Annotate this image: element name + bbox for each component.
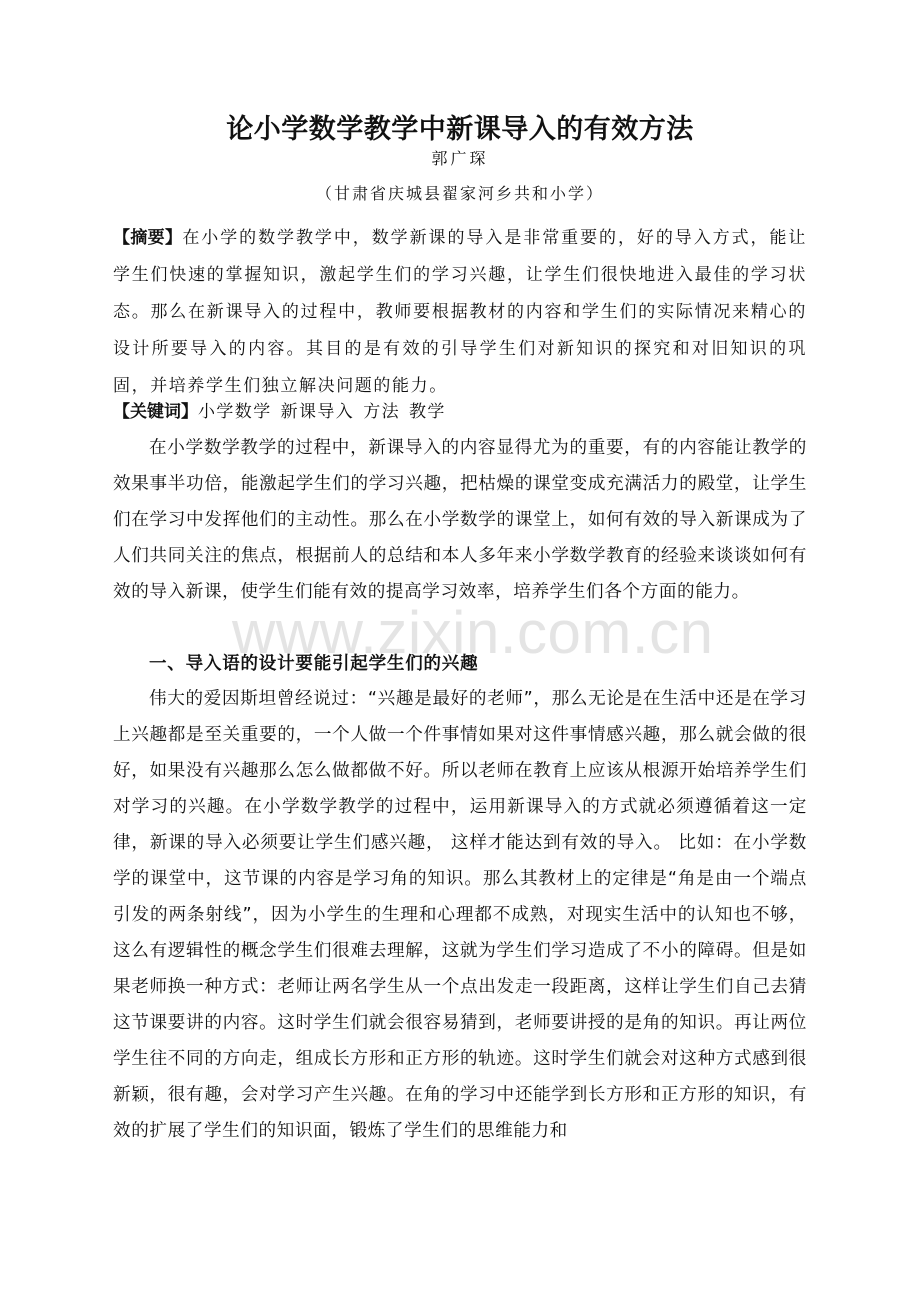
keywords-label: 【关键词】 xyxy=(113,402,198,422)
author-affiliation: （甘肃省庆城县翟家河乡共和小学） xyxy=(0,183,920,205)
body-paragraph: 在小学数学教学的过程中，新课导入的内容显得尤为的重要，有的内容能让教学的效果事半… xyxy=(113,430,807,610)
body-paragraph: 伟大的爱因斯坦曾经说过：“兴趣是最好的老师”，那么无论是在生活中还是在学习上兴趣… xyxy=(113,681,807,1149)
keywords: 【关键词】小学数学新课导入方法教学 xyxy=(113,397,807,427)
abstract-text: 在小学的数学教学中，数学新课的导入是非常重要的，好的导入方式，能让学生们快速的掌… xyxy=(113,228,807,396)
keyword: 新课导入 xyxy=(281,402,355,422)
keyword: 教学 xyxy=(409,402,446,422)
document-page: www.zixin.com.cn 论小学数学教学中新课导入的有效方法 郭广琛 （… xyxy=(0,0,920,1302)
abstract: 【摘要】在小学的数学教学中，数学新课的导入是非常重要的，好的导入方式，能让学生们… xyxy=(113,220,807,405)
document-title: 论小学数学教学中新课导入的有效方法 xyxy=(0,112,920,148)
abstract-label: 【摘要】 xyxy=(113,228,182,248)
section-heading: 一、导入语的设计要能引起学生们的兴趣 xyxy=(149,650,478,678)
author-name: 郭广琛 xyxy=(0,148,920,170)
keyword: 方法 xyxy=(363,402,400,422)
keyword: 小学数学 xyxy=(198,402,272,422)
